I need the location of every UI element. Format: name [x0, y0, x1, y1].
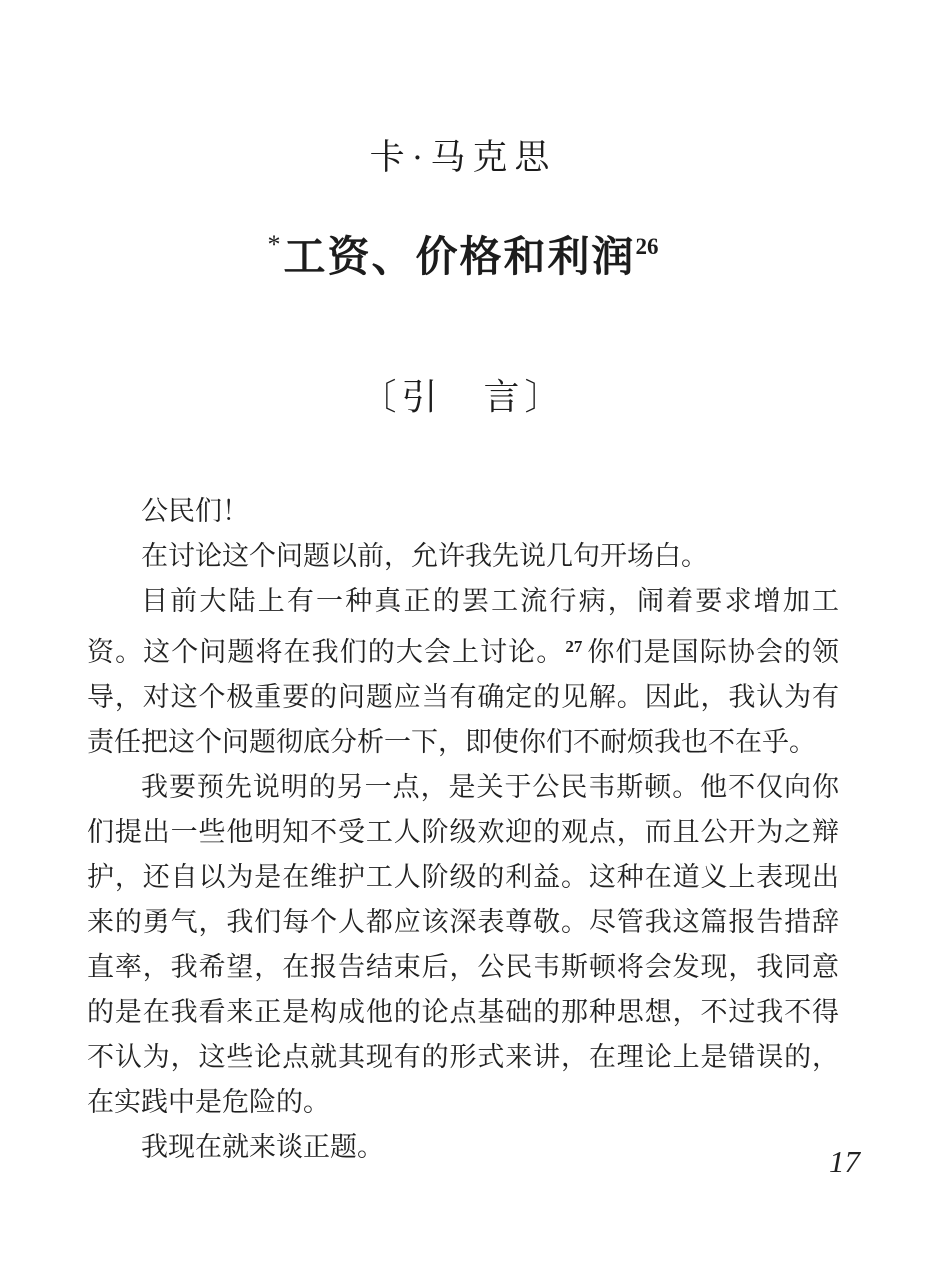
footnote-ref-27: 27: [565, 637, 582, 656]
title-text: 工资、价格和利润: [283, 235, 635, 281]
title-asterisk-marker: *: [267, 230, 280, 259]
paragraph-opening: 在讨论这个问题以前，允许我先说几句开场白。: [87, 534, 839, 579]
page-number: 17: [829, 1146, 860, 1177]
section-heading: 〔引 言〕: [0, 279, 926, 415]
author-name: 卡·马克思: [0, 0, 926, 175]
paragraph-closing: 我现在就来谈正题。: [87, 1125, 839, 1170]
title-footnote-ref: 26: [636, 234, 659, 259]
body-text: 公民们！ 在讨论这个问题以前，允许我先说几句开场白。 目前大陆上有一种真正的罢工…: [87, 489, 839, 1170]
page-title: *工资、价格和利润26: [0, 175, 926, 279]
paragraph-salutation: 公民们！: [87, 489, 839, 534]
paragraph-strikes: 目前大陆上有一种真正的罢工流行病，闹着要求增加工资。这个问题将在我们的大会上讨论…: [87, 579, 839, 765]
paragraph-weston: 我要预先说明的另一点，是关于公民韦斯顿。他不仅向你们提出一些他明知不受工人阶级欢…: [87, 765, 839, 1125]
book-page: 卡·马克思 *工资、价格和利润26 〔引 言〕 公民们！ 在讨论这个问题以前，允…: [0, 0, 926, 1277]
